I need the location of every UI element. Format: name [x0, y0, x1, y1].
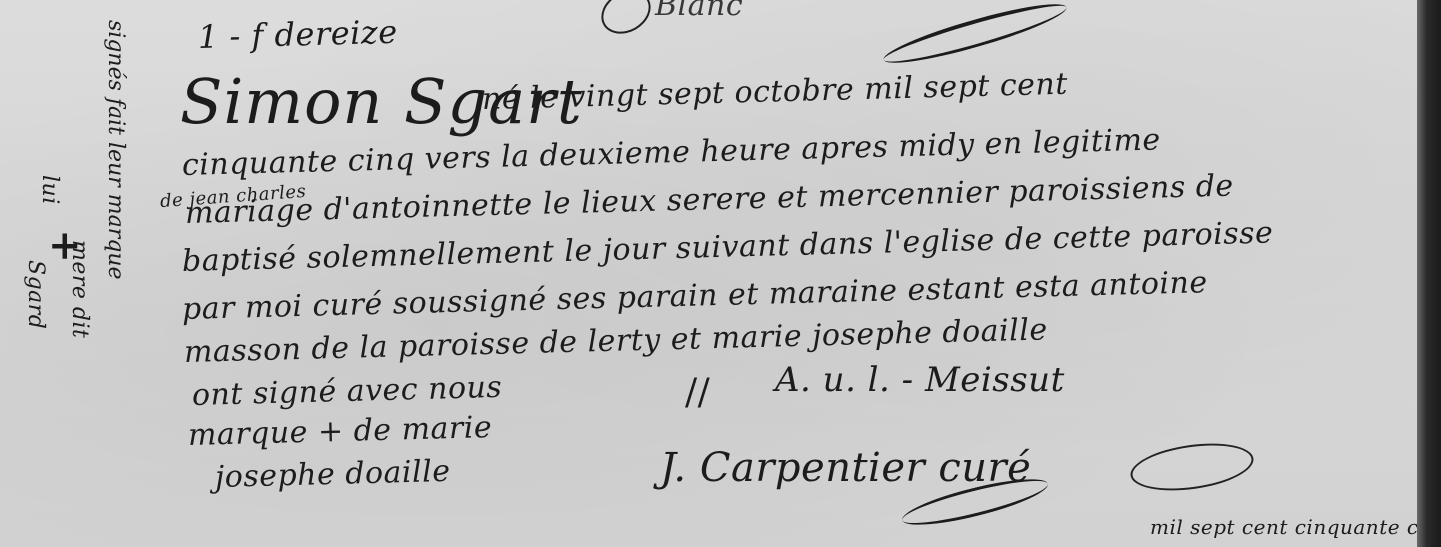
mark-line: marque + de marie [188, 410, 493, 453]
top-paraph-flourish [880, 0, 1070, 73]
page-binding-edge [1417, 0, 1441, 547]
top-signature-flourish [593, 0, 658, 42]
margin-name-line-2: lui [37, 175, 62, 205]
signature-flourish-right [1128, 437, 1257, 498]
margin-cross-mark: + [48, 222, 82, 269]
entry-header-mark: 1 - f dereize [198, 13, 399, 56]
double-slash-mark: // [685, 372, 710, 413]
text-line-7: ont signé avec nous [192, 370, 503, 413]
register-page: signés fait leur marque mere dit lui + S… [0, 0, 1441, 547]
top-signature: Blanc [655, 0, 743, 23]
witness-signature: A. u. l. - Meissut [775, 360, 1065, 400]
next-entry-fragment: mil sept cent cinquante cinq vers [1150, 515, 1441, 539]
godmother-signature: josephe doaille [215, 454, 451, 495]
margin-name-line-3: Sgard [23, 260, 48, 329]
margin-vertical-note: signés fait leur marque [103, 20, 128, 280]
cure-signature: J. Carpentier curé [660, 445, 1031, 491]
